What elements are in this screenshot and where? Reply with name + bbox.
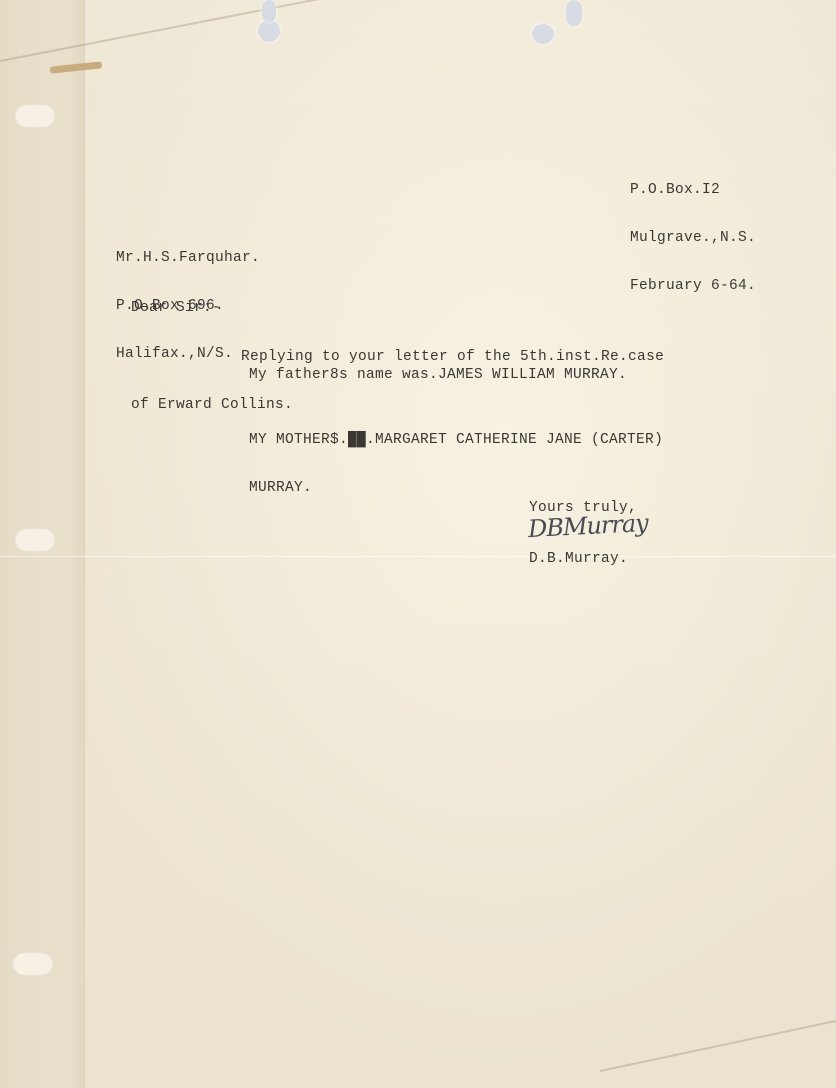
letter-date: February 6-64.	[630, 278, 756, 294]
body-paragraph-3-line-2: MURRAY.	[249, 480, 663, 496]
staple-mark-left	[258, 20, 280, 42]
salutation: Dear Sir:-	[131, 300, 221, 316]
fold-crease-bottom	[600, 1016, 836, 1072]
horizontal-crease	[0, 556, 836, 557]
sender-town: Mulgrave.,N.S.	[630, 230, 756, 246]
staple-mark-left-top	[262, 0, 276, 22]
letter-paper: P.O.Box.I2 Mulgrave.,N.S. February 6-64.…	[0, 0, 836, 1088]
handwritten-signature: DBMurray	[527, 509, 648, 543]
body-paragraph-1-line-1: Replying to your letter of the 5th.inst.…	[131, 349, 664, 365]
staple-mark-right-top	[566, 0, 582, 26]
recipient-name: Mr.H.S.Farquhar.	[116, 250, 260, 266]
body-paragraph-3-line-1: MY MOTHER$.██.MARGARET CATHERINE JANE (C…	[249, 432, 663, 448]
staple-mark-right	[532, 24, 554, 44]
punch-hole-top	[14, 104, 56, 128]
sender-box: P.O.Box.I2	[630, 182, 756, 198]
body-paragraph-2: My father8s name was.JAMES WILLIAM MURRA…	[249, 367, 627, 383]
punch-hole-middle	[14, 528, 56, 552]
punch-hole-bottom	[12, 952, 54, 976]
sender-address: P.O.Box.I2 Mulgrave.,N.S. February 6-64.	[630, 150, 756, 326]
typed-name: D.B.Murray.	[529, 551, 628, 567]
